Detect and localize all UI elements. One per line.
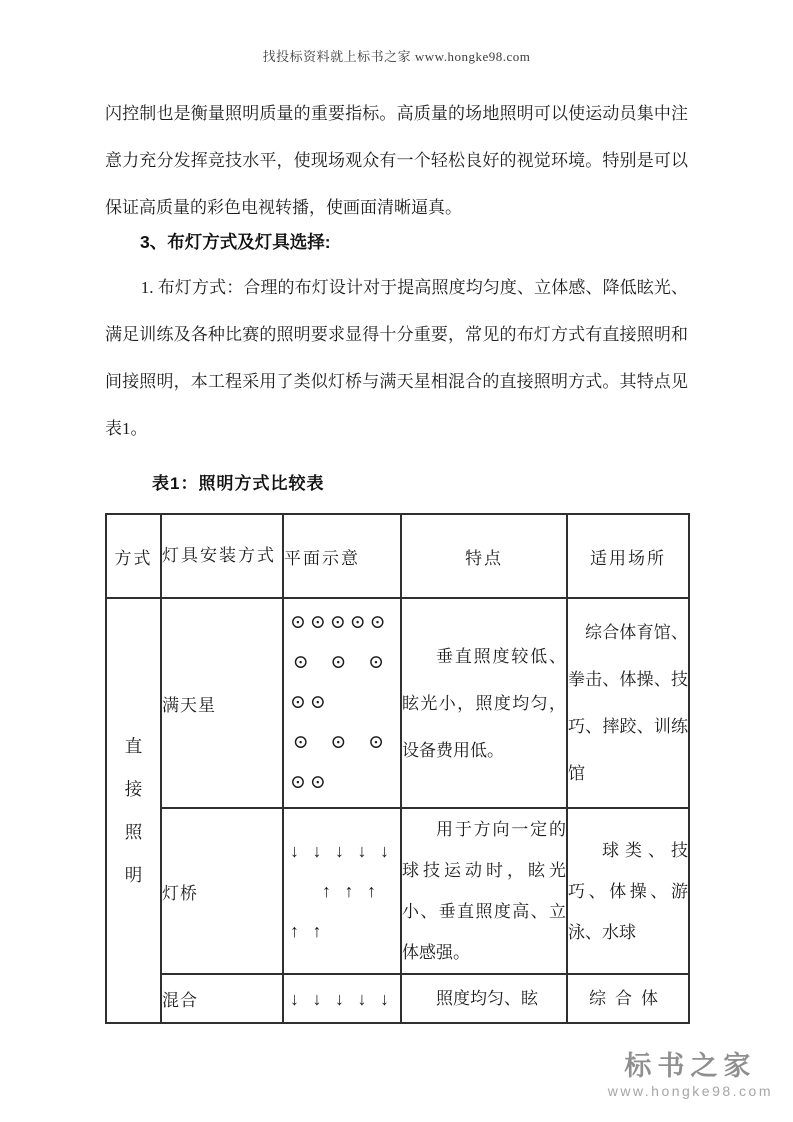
- lighting-comparison-table: 方式 灯具安装方式 平面示意 特点 适用场所 直 接 照 明 满天星 ⊙⊙⊙⊙⊙…: [105, 513, 690, 1024]
- document-page: 找投标资料就上标书之家 www.hongke98.com 闪控制也是衡量照明质量…: [0, 0, 793, 1122]
- circle-row-5: ⊙⊙: [284, 763, 400, 803]
- cell-venues-mantianxing: 综合体育馆、拳击、体操、技巧、摔跤、训练馆: [567, 598, 689, 808]
- watermark-brand: 标书之家: [624, 1050, 756, 1082]
- arrow-row-3: ↑ ↑: [284, 911, 400, 951]
- downlight-grid-diagram: ⊙⊙⊙⊙⊙ ⊙ ⊙ ⊙ ⊙⊙ ⊙ ⊙ ⊙ ⊙⊙: [284, 603, 400, 803]
- mode-char-4: 明: [107, 854, 160, 897]
- cell-venues-dengqiao: 球类、技巧、体操、游泳、水球: [567, 808, 689, 974]
- header-venues: 适用场所: [567, 514, 689, 598]
- header-mode: 方式: [106, 514, 161, 598]
- table-header-row: 方式 灯具安装方式 平面示意 特点 适用场所: [106, 514, 689, 598]
- paragraph-lighting-quality: 闪控制也是衡量照明质量的重要指标。高质量的场地照明可以使运动员集中注意力充分发挥…: [105, 90, 688, 231]
- mode-char-3: 照: [107, 811, 160, 854]
- cell-features-mantianxing: 垂直照度较低、眩光小，照度均匀，设备费用低。: [401, 598, 567, 808]
- cell-install-dengqiao: 灯桥: [161, 808, 283, 974]
- circle-row-4: ⊙ ⊙ ⊙: [284, 723, 400, 763]
- arrow-row-1: ↓ ↓ ↓ ↓ ↓: [284, 831, 400, 871]
- cell-diagram-hunhe: ↓ ↓ ↓ ↓ ↓: [283, 974, 401, 1023]
- watermark-url: www.hongke98.com: [608, 1082, 773, 1100]
- header-install: 灯具安装方式: [161, 514, 283, 598]
- cell-venues-hunhe: 综合体: [567, 974, 689, 1023]
- mode-char-2: 接: [107, 768, 160, 811]
- table-title: 表1：照明方式比较表: [152, 469, 324, 494]
- bottom-watermark: 标书之家 www.hongke98.com: [608, 1050, 773, 1100]
- mode-char-1: 直: [107, 725, 160, 768]
- table-row-hunhe: 混合 ↓ ↓ ↓ ↓ ↓ 照度均匀、眩 综合体: [106, 974, 689, 1023]
- cell-install-hunhe: 混合: [161, 974, 283, 1023]
- top-site-watermark: 找投标资料就上标书之家 www.hongke98.com: [0, 46, 793, 65]
- arrow-row-mixed: ↓ ↓ ↓ ↓ ↓: [284, 979, 400, 1019]
- cell-diagram-mantianxing: ⊙⊙⊙⊙⊙ ⊙ ⊙ ⊙ ⊙⊙ ⊙ ⊙ ⊙ ⊙⊙: [283, 598, 401, 808]
- cell-mode-direct-lighting: 直 接 照 明: [106, 598, 161, 1023]
- cell-features-dengqiao: 用于方向一定的球技运动时，眩光小、垂直照度高、立体感强。: [401, 808, 567, 974]
- table-row-mantianxing: 直 接 照 明 满天星 ⊙⊙⊙⊙⊙ ⊙ ⊙ ⊙ ⊙⊙ ⊙ ⊙ ⊙ ⊙⊙ 垂直照度…: [106, 598, 689, 808]
- cell-diagram-dengqiao: ↓ ↓ ↓ ↓ ↓ ↑ ↑ ↑ ↑ ↑: [283, 808, 401, 974]
- header-plan: 平面示意: [283, 514, 401, 598]
- mixed-arrow-diagram: ↓ ↓ ↓ ↓ ↓: [284, 979, 400, 1019]
- table-row-dengqiao: 灯桥 ↓ ↓ ↓ ↓ ↓ ↑ ↑ ↑ ↑ ↑ 用于方向一定的球技运动时，眩光小、…: [106, 808, 689, 974]
- cell-install-mantianxing: 满天星: [161, 598, 283, 808]
- circle-row-2: ⊙ ⊙ ⊙: [284, 643, 400, 683]
- circle-row-1: ⊙⊙⊙⊙⊙: [284, 603, 400, 643]
- paragraph-layout-methods: 1. 布灯方式：合理的布灯设计对于提高照度均匀度、立体感、降低眩光、满足训练及各…: [105, 264, 688, 452]
- arrow-row-2: ↑ ↑ ↑: [284, 871, 400, 911]
- circle-row-3: ⊙⊙: [284, 683, 400, 723]
- header-features: 特点: [401, 514, 567, 598]
- section-heading: 3、布灯方式及灯具选择:: [105, 229, 688, 255]
- light-bridge-arrow-diagram: ↓ ↓ ↓ ↓ ↓ ↑ ↑ ↑ ↑ ↑: [284, 831, 400, 951]
- cell-features-hunhe: 照度均匀、眩: [401, 974, 567, 1023]
